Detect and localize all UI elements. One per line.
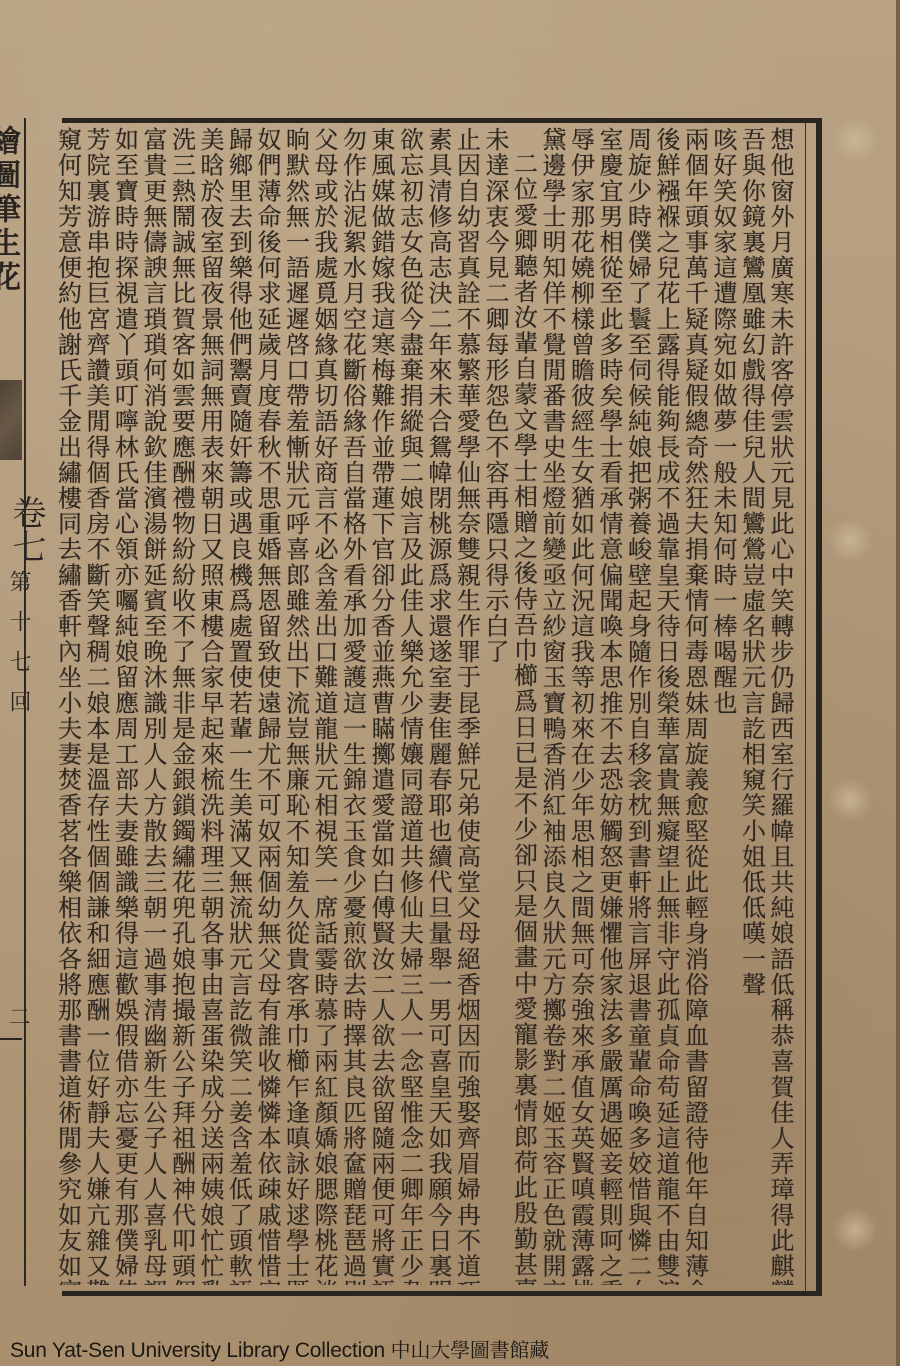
text-column: 咳好笑奴家這遭際宛如做夢一般未知何時一棒喝醒也 [709, 127, 738, 1285]
paper-blemish [825, 520, 875, 560]
text-column: 止因自幼習真詮不慕繁華愛學仙無奈雙親生作罪于昆季鮮兄弟使高堂父母絕香烟因而強娶齊… [452, 127, 481, 1285]
paper-blemish [830, 1210, 880, 1250]
text-column: 富貴更無儔諛言瑣瑣何消說欽佳濱湯餅延賓至晚沐識別人人方散去三朝一過事清幽新生公子… [139, 127, 168, 1285]
paper-blemish [830, 120, 880, 160]
text-column: 歸鄉里去到樂得他們鬻賣隨奸籌或遇良機爲處置使若輩一生美滿又無流狀元言訖微笑二姜含… [224, 127, 253, 1285]
caption-english: Sun Yat-Sen University Library Collectio… [10, 1339, 385, 1362]
fish-tail-ornament [0, 380, 22, 460]
text-column: 芳院裏游串抱巨宮齊讚美閒得個香房不斷笑聲稠二娘本是溫存性個個謙和細應酬一位好靜夫… [82, 127, 111, 1285]
text-columns: 想他窗外月廣寒未許客停雲狀元見此心中笑轉步仍歸西室行羅幃且共純娘語低稱恭喜賀佳人… [26, 127, 806, 1285]
text-column: 吾與你鏡裏鸞凰雖幻戲得佳兒人間鸞鶯豈虛名狀元言訖相窺笑小姐低低嘆一聲 [737, 127, 766, 1285]
text-column: 晌默然無一語遲遲啓口帶羞慚狀元呼喜郎雖然出下流豈無廉恥不知羞久從貴客承巾櫛乍逢嗔… [281, 127, 310, 1285]
spine-divider [0, 1038, 22, 1040]
text-column: 後鮮襁褓之兒花上露得能夠長成不過靠皇天待日後榮華富貴無癡望止無非守此孤貞命苟延這… [652, 127, 681, 1285]
text-column: 想他窗外月廣寒未許客停雲狀元見此心中笑轉步仍歸西室行羅幃且共純娘語低稱恭喜賀佳人… [766, 127, 795, 1285]
text-column: 辱伊家那花嬈柳樣曾瞻彼經生女猶如此何況這我等初來在少年思相之間無可奈強來承值女英… [566, 127, 595, 1285]
text-column: 室慶宜男相從至此多時矣學士看承情意偏聞喚本思推不去恐妨觸怒更嫌懼他家法多嚴厲遇姬… [595, 127, 624, 1285]
page-edge [896, 0, 900, 1366]
text-column: 未達深衷今見二卿每形怨色不容再隱只得示白了 [481, 127, 510, 1285]
caption-chinese: 中山大學圖書館藏 [391, 1338, 549, 1362]
text-column: 二位愛卿聽者汝輩自蒙文學士相贈之後侍吾巾櫛爲日已是不少卻只是個畫中愛寵影裏情郎荷… [509, 127, 538, 1285]
paper-blemish [825, 780, 875, 820]
text-column: 兩個年頭事萬千疑真疑假總奇然狂夫捐棄情何毒恩妹周旋義愈堅從此輕身消俗障血書留證待… [680, 127, 709, 1285]
text-column: 勿作沾泥絮水月空花斷俗緣吾自當格外看承加愛護這一生錦衣玉食少憂煎欲去時擇其良匹將… [338, 127, 367, 1285]
text-column: 奴們薄命後何求延歲月度春秋不思重婚無恩留致使遠歸尤不可奴兩個幼無父母有誰收憐憐本… [253, 127, 282, 1285]
text-column: 東風媒做錯嫁我這寒梅難作並帶蓮下官卻分香並燕曹瞞擲遣愛當如白傅賢汝二人欲去欲留隨… [367, 127, 396, 1285]
text-column: 素具清修高志決二年來未合鴛幃閉桃源爲求還遂室妻隹麗春耶也續代旦量舉一男可喜皇天如… [424, 127, 453, 1285]
text-column: 如至寶時時探視遣丫頭叮嚀林氏當心領亦囑純娘留應周工部夫妻雖識樂得這歡娛假借亦忘憂… [110, 127, 139, 1285]
text-column: 周旋少時僕婦了鬟至伺候純娘把粥養峻壁起身隨作別自移衾枕到書軒將言屏退書童輩命喚多… [623, 127, 652, 1285]
text-column: 洗三熱鬧誠無比賀客如雲要應酬禮物紛紛收不了無非是金銀鎖鐲繡花兜孔娘抱撮新公子拜祖… [167, 127, 196, 1285]
text-column: 欲忘初志女色從今盡棄捐縱與二娘言及此佳人樂允少情孃同證道共修仙夫婦三人一念堅惟念… [395, 127, 424, 1285]
book-title: 繪圖筆生花 [0, 125, 24, 295]
collection-caption: Sun Yat-Sen University Library Collectio… [10, 1334, 549, 1363]
text-column: 美晗於夜室留夜景無詞無用表來朝日又照東樓合家早起來梳洗料理三朝各事由喜蛋染成分送… [196, 127, 225, 1285]
text-column: 窺何知芳意便約他謝氏千金出繡樓同去繡香軒內坐小夫妻焚香茗各樂相依各將那書書道術閒… [53, 127, 82, 1285]
text-column: 父母或於我處覓姻緣真切語好商言不必含羞出口難道龍狀元相視笑一席話霎時慕了兩紅顏嬌… [310, 127, 339, 1285]
text-column: 黛邊學士明知佯不覺閒番書史坐燈前變亟立紗窗玉寶鴨香消紅袖添良久狀元方擲卷對二姬玉… [538, 127, 567, 1285]
